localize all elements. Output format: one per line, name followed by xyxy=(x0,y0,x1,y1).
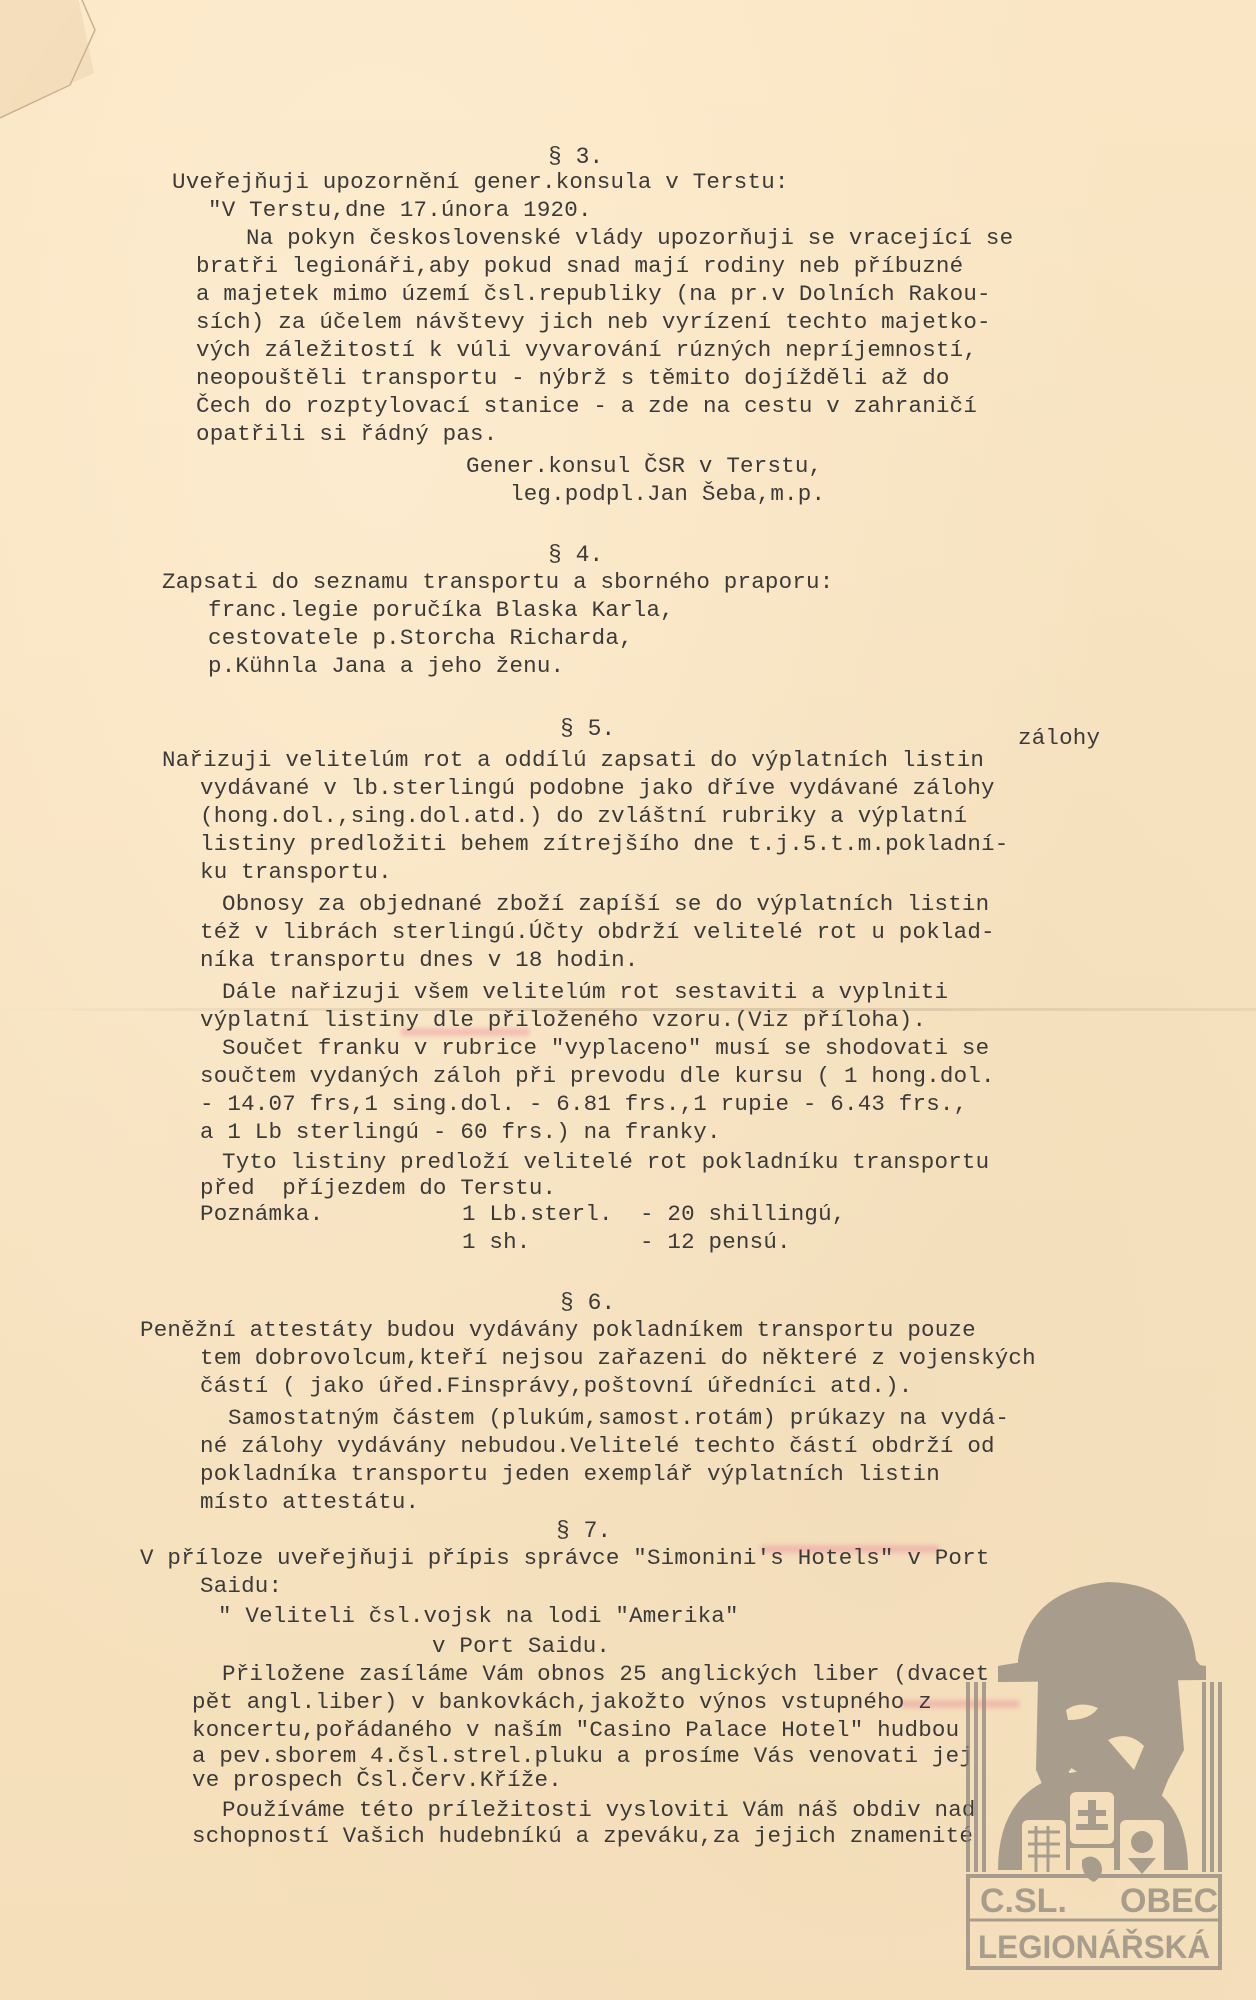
section-7-line: a pev.sborem 4.čsl.strel.pluku a prosíme… xyxy=(192,1744,973,1768)
svg-text:C.SL.: C.SL. xyxy=(980,1882,1067,1920)
section-5-line: Obnosy za objednané zboží zapíší se do v… xyxy=(222,892,989,916)
note-row-right: - 20 shillingú, xyxy=(640,1202,846,1226)
margin-note: zálohy xyxy=(1018,726,1100,750)
section-3-line: bratři legionáři,aby pokud snad mají rod… xyxy=(196,254,963,278)
section-5-line: Součet franku v rubrice "vyplaceno" musí… xyxy=(222,1036,989,1060)
section-3-line: "V Terstu,dne 17.února 1920. xyxy=(208,198,592,222)
section-5-line: Nařizuji velitelúm rot a oddílú zapsati … xyxy=(162,748,984,772)
section-3-line: opatřili si řádný pas. xyxy=(196,422,497,446)
section-7-line: v Port Saidu. xyxy=(432,1634,610,1658)
section-3-line: neopouštěli transportu - nýbrž s těmito … xyxy=(196,366,950,390)
note-row-right: - 12 pensú. xyxy=(640,1230,791,1254)
section-3-line: Uveřejňuji upozornění gener.konsula v Te… xyxy=(172,170,789,194)
section-5-line: vydávané v lb.sterlingú podobne jako dří… xyxy=(200,776,995,800)
section-5-line: před příjezdem do Terstu. xyxy=(200,1176,556,1200)
note-row-left: 1 sh. xyxy=(462,1230,531,1254)
svg-text:OBEC: OBEC xyxy=(1120,1882,1218,1920)
section-3-line: vých záležitostí k vúli vyvarování rúzný… xyxy=(196,338,977,362)
section-3-line: sích) za účelem návštevy jich neb vyríze… xyxy=(196,310,991,334)
section-5-line: Tyto listiny predloží velitelé rot pokla… xyxy=(222,1150,989,1174)
section-5-line: (hong.dol.,sing.dol.atd.) do zvláštní ru… xyxy=(200,804,967,828)
section-6-line: né zálohy vydávány nebudou.Velitelé tech… xyxy=(200,1434,995,1458)
section-3-line: Čech do rozptylovací stanice - a zde na … xyxy=(196,394,977,418)
signature-name: leg.podpl.Jan Šeba,m.p. xyxy=(510,482,825,506)
section-4-line: cestovatele p.Storcha Richarda, xyxy=(208,626,633,650)
section-7-line: pět angl.liber) v bankovkách,jakožto výn… xyxy=(192,1690,932,1714)
section-6-mark: § 6. xyxy=(560,1290,615,1316)
section-3-line: Na pokyn československé vlády upozorňuji… xyxy=(246,226,1013,250)
section-5-line: Dále nařizuji všem velitelúm rot sestavi… xyxy=(222,980,948,1004)
section-7-line: Používáme této príležitosti vysloviti Vá… xyxy=(222,1798,976,1822)
legion-watermark-logo: C.SL. OBEC LEGIONÁŘSKÁ xyxy=(958,1570,1228,1978)
section-7-line: V příloze uveřejňuji přípis správce "Sim… xyxy=(140,1546,990,1570)
section-7-line: schopností Vašich hudebníkú a zpeváku,za… xyxy=(192,1824,973,1848)
section-6-line: tem dobrovolcum,kteří nejsou zařazeni do… xyxy=(200,1346,1036,1370)
section-7-line: Přiložene zasíláme Vám obnos 25 anglický… xyxy=(222,1662,989,1686)
section-4-line: Zapsati do seznamu transportu a sborného… xyxy=(162,570,833,594)
svg-text:LEGIONÁŘSKÁ: LEGIONÁŘSKÁ xyxy=(978,1929,1210,1965)
section-3-line: a majetek mimo území čsl.republiky (na p… xyxy=(196,282,991,306)
note-row-left: 1 Lb.sterl. xyxy=(462,1202,613,1226)
section-5-line: - 14.07 frs,1 sing.dol. - 6.81 frs.,1 ru… xyxy=(200,1092,967,1116)
section-6-line: Peněžní attestáty budou vydávány pokladn… xyxy=(140,1318,976,1342)
section-7-mark: § 7. xyxy=(556,1518,611,1544)
section-7-line: " Veliteli čsl.vojsk na lodi "Amerika" xyxy=(218,1604,739,1628)
section-5-line: níka transportu dnes v 18 hodin. xyxy=(200,948,638,972)
section-5-line: výplatní listiny dle přiloženého vzoru.(… xyxy=(200,1008,926,1032)
section-5-mark: § 5. xyxy=(560,716,615,742)
section-5-line: součtem vydaných záloh při prevodu dle k… xyxy=(200,1064,995,1088)
section-4-mark: § 4. xyxy=(548,542,603,568)
section-6-line: místo attestátu. xyxy=(200,1490,419,1514)
section-6-line: pokladníka transportu jeden exemplář výp… xyxy=(200,1462,940,1486)
section-6-line: částí ( jako úřed.Finsprávy,poštovní úře… xyxy=(200,1374,913,1398)
signature-title: Gener.konsul ČSR v Terstu, xyxy=(466,454,822,478)
corner-fold-edge xyxy=(0,0,100,120)
section-3-mark: § 3. xyxy=(548,144,603,170)
section-6-line: Samostatným částem (plukúm,samost.rotám)… xyxy=(228,1406,1009,1430)
section-5-line: ku transportu. xyxy=(200,860,392,884)
section-4-line: p.Kühnla Jana a jeho ženu. xyxy=(208,654,564,678)
section-5-line: a 1 Lb sterlingú - 60 frs.) na franky. xyxy=(200,1120,721,1144)
section-7-line: ve prospech Čsl.Červ.Kříže. xyxy=(192,1768,562,1792)
section-5-line: listiny predložiti behem zítrejšího dne … xyxy=(200,832,1008,856)
note-label: Poznámka. xyxy=(200,1202,323,1226)
section-5-line: též v librách sterlingú.Účty obdrží veli… xyxy=(200,920,995,944)
section-7-line: koncertu,pořádaného v naším "Casino Pala… xyxy=(192,1718,959,1742)
section-4-line: franc.legie poručíka Blaska Karla, xyxy=(208,598,674,622)
section-7-line: Saidu: xyxy=(200,1574,282,1598)
